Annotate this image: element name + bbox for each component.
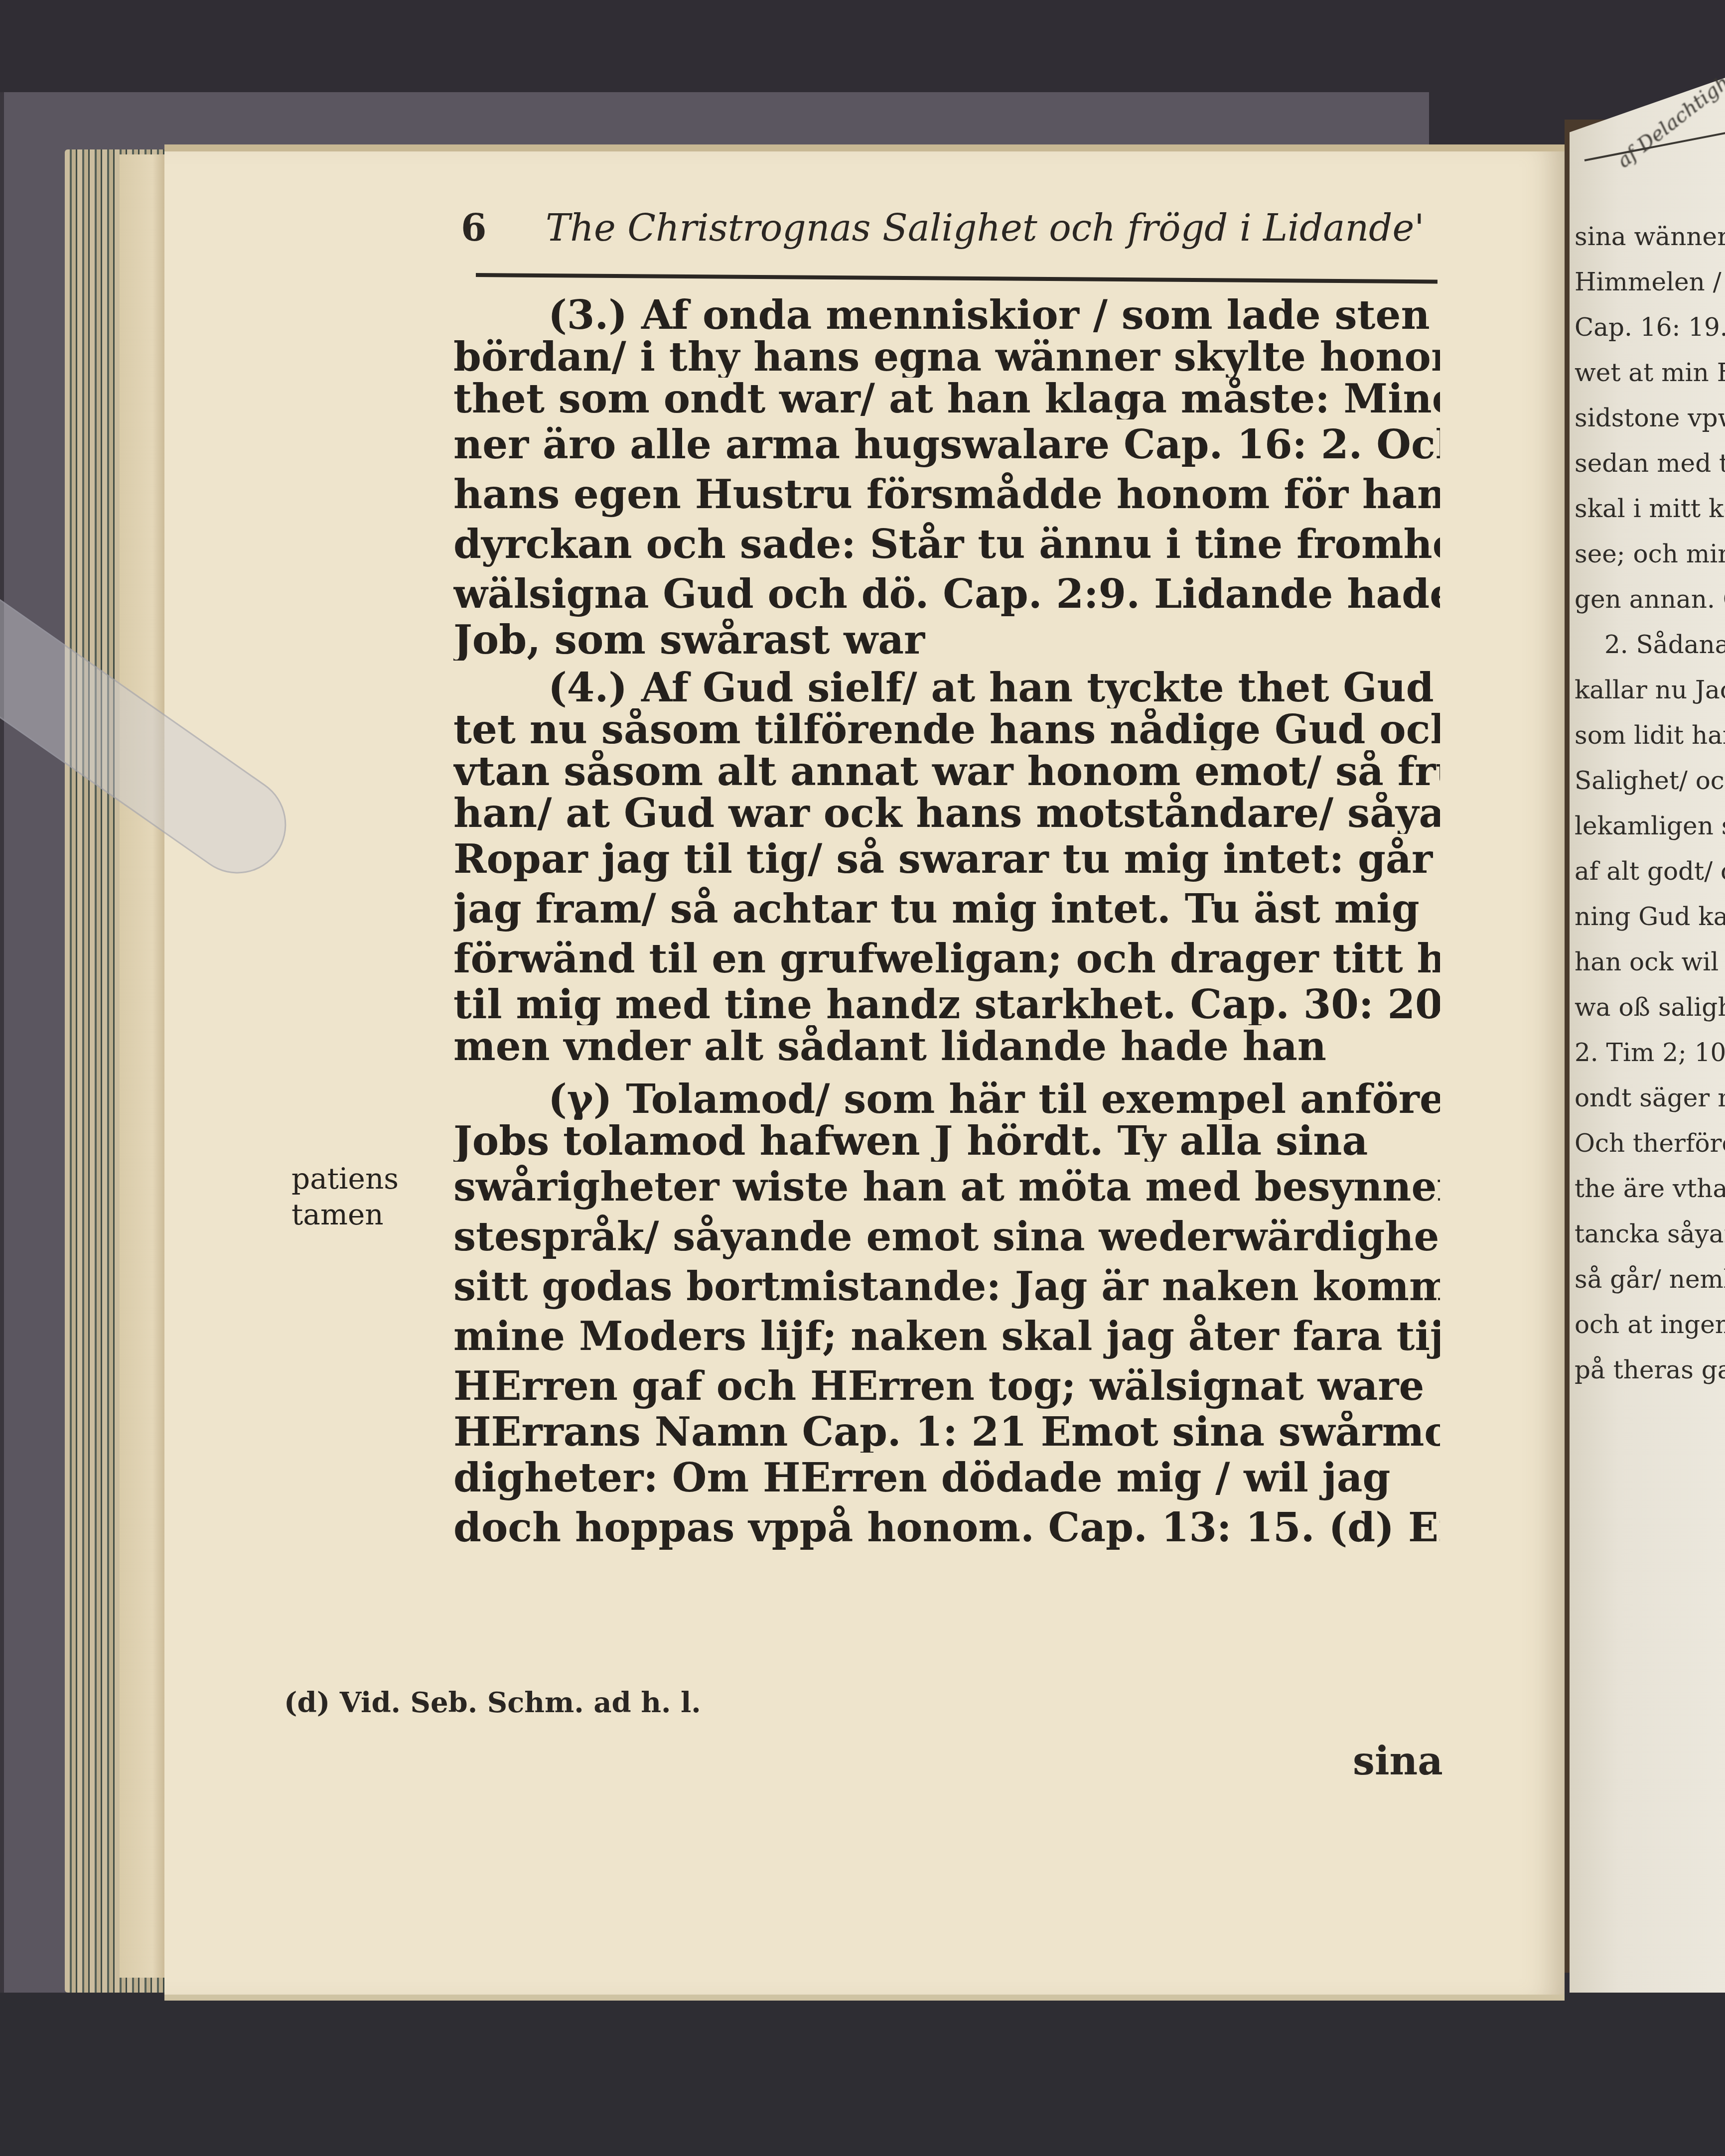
paragraph-gamma: (γ) Tolamod/ som här til exempel anföres… xyxy=(453,1078,1440,1552)
facing-line: lekamligen salige. xyxy=(1575,804,1725,849)
text-line: hans egen Hustru försmådde honom för han… xyxy=(453,469,1440,519)
paragraph-3: (3.) Af onda menniskior / som lade sten … xyxy=(453,294,1440,661)
text-line: Job, som swårast war xyxy=(453,619,1440,661)
facing-line: Salighet/ och at th xyxy=(1575,758,1725,804)
facing-line: Himmelen / och then xyxy=(1575,260,1725,305)
facing-line: så går/ nemligen xyxy=(1575,1257,1725,1302)
facing-line: kallar nu Jacob Sa xyxy=(1575,668,1725,713)
text-line: thet som ondt war/ at han klaga måste: M… xyxy=(453,378,1440,419)
text-line: mine Moders lijf; naken skal jag åter fa… xyxy=(453,1311,1440,1361)
running-head: 6The Christrognas Salighet och frögd i L… xyxy=(461,207,1437,250)
text-line: han/ at Gud war ock hans motståndare/ så… xyxy=(453,792,1440,834)
facing-line: gen annan. Cap. 19: xyxy=(1575,577,1725,622)
text-line: HErrans Namn Cap. 1: 21 Emot sina swårmo… xyxy=(453,1411,1440,1453)
text-line: til mig med tine handz starkhet. Cap. 30… xyxy=(453,983,1440,1025)
catchword: sina xyxy=(1353,1739,1443,1784)
page-number: 6 xyxy=(461,207,546,250)
margin-note-line: patiens xyxy=(291,1161,441,1197)
facing-line: 2. Sådana Gud xyxy=(1575,622,1725,668)
text-line: bördan/ i thy hans egna wänner skylte ho… xyxy=(453,336,1440,378)
running-head-title: The Christrognas Salighet och frögd i Li… xyxy=(546,207,1425,250)
facing-line: Och therföre tycka w xyxy=(1575,1121,1725,1166)
text-line: men vnder alt sådant lidande hade han xyxy=(453,1025,1440,1067)
text-line: (3.) Af onda menniskior / som lade sten … xyxy=(453,294,1440,336)
facing-text-block: sina wänners tilwitelse Himmelen / och t… xyxy=(1575,214,1725,1393)
text-line: swårigheter wiste han at möta med besynn… xyxy=(453,1162,1440,1212)
facing-line: wa oß salighet i JE xyxy=(1575,985,1725,1030)
paragraph-4: (4.) Af Gud sielf/ at han tyckte thet Gu… xyxy=(453,667,1440,1067)
text-line: dyrckan och sade: Står tu ännu i tine fr… xyxy=(453,519,1440,569)
text-line: (4.) Af Gud sielf/ at han tyckte thet Gu… xyxy=(453,667,1440,708)
text-line: vtan såsom alt annat war honom emot/ så … xyxy=(453,750,1440,792)
facing-line: af alt godt/ och fri xyxy=(1575,849,1725,894)
facing-line: wet at min Förlossar xyxy=(1575,350,1725,396)
text-line: tet nu såsom tilförende hans nådige Gud … xyxy=(453,708,1440,750)
facing-line: han ock wil giöra os xyxy=(1575,940,1725,985)
text-line: wälsigna Gud och dö. Cap. 2:9. Lidande h… xyxy=(453,569,1440,619)
dark-backdrop-bottom xyxy=(0,1993,1725,2156)
text-line: ner äro alle arma hugswalare Cap. 16: 2.… xyxy=(453,419,1440,469)
text-line: doch hoppas vppå honom. Cap. 13: 15. (d)… xyxy=(453,1502,1440,1552)
text-line: digheter: Om HErren dödade mig / wil jag xyxy=(453,1453,1440,1502)
facing-line: 2. Tim 2; 10. Men xyxy=(1575,1030,1725,1076)
facing-line: som lidit hafwa xyxy=(1575,713,1725,758)
text-line: Ropar jag til tig/ så swarar tu mig inte… xyxy=(453,834,1440,884)
text-line: förwänd til en grufweligan; och drager t… xyxy=(453,934,1440,983)
facing-line: på theras gator xyxy=(1575,1347,1725,1393)
facing-line: skal i mitt kött få see xyxy=(1575,486,1725,532)
facing-line: tancka såyande: S xyxy=(1575,1212,1725,1257)
facing-line: sidstone vpwäckia m xyxy=(1575,396,1725,441)
text-line: jag fram/ så achtar tu mig intet. Tu äst… xyxy=(453,884,1440,934)
text-line: (γ) Tolamod/ som här til exempel anföres… xyxy=(453,1078,1440,1120)
facing-line: see; och mina ögon xyxy=(1575,532,1725,577)
text-line: Jobs tolamod hafwen J hördt. Ty alla sin… xyxy=(453,1120,1440,1162)
facing-line: the äre vthan lidand xyxy=(1575,1166,1725,1212)
facing-line: ning Gud kallas th xyxy=(1575,894,1725,940)
main-text-block: (3.) Af onda menniskior / som lade sten … xyxy=(453,294,1440,1552)
text-line: sitt godas bortmistande: Jag är naken ko… xyxy=(453,1261,1440,1311)
facing-line: och at ingen skada xyxy=(1575,1302,1725,1347)
margin-note: patiens tamen xyxy=(291,1161,441,1232)
facing-line: sina wänners tilwitelse xyxy=(1575,214,1725,260)
margin-note-line: tamen xyxy=(291,1197,441,1232)
facing-line: ondt säger man tå xyxy=(1575,1076,1725,1121)
text-line: HErren gaf och HErren tog; wälsignat war… xyxy=(453,1361,1440,1411)
facing-line: sedan med thesso min xyxy=(1575,441,1725,486)
facing-line: Cap. 16: 19. Och emot S xyxy=(1575,305,1725,350)
text-line: stespråk/ såyande emot sina wederwärdigh… xyxy=(453,1212,1440,1261)
footnote: (d) Vid. Seb. Schm. ad h. l. xyxy=(284,1686,701,1719)
